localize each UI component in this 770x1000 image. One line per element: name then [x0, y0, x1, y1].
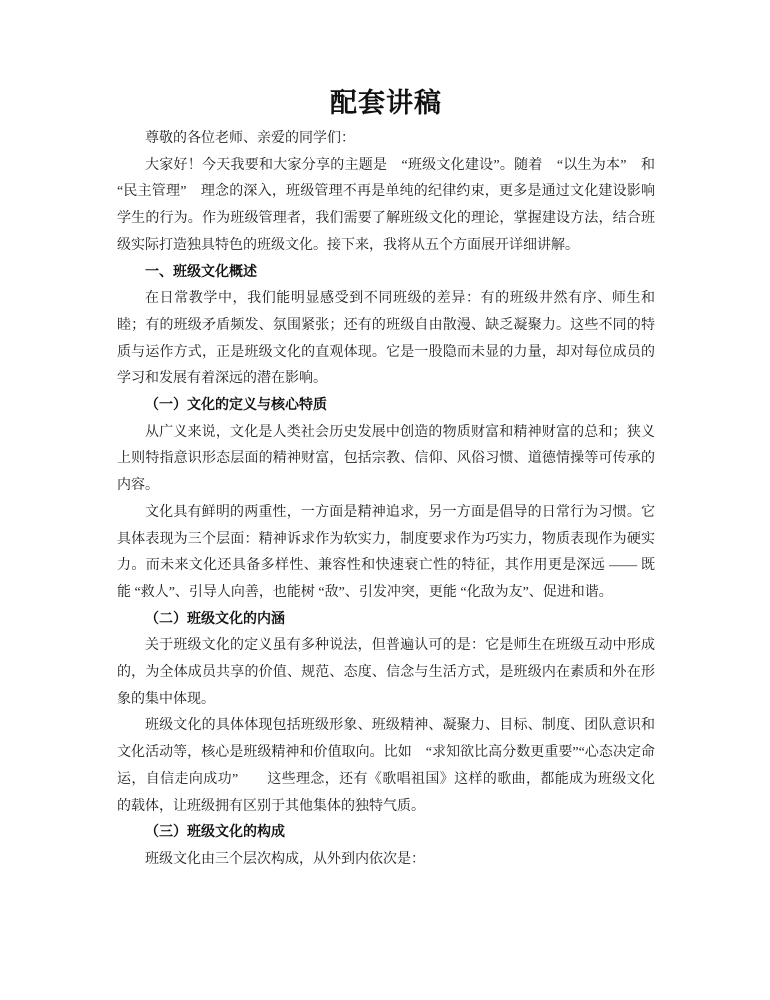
- section-heading: （二）班级文化的内涵: [117, 607, 655, 634]
- paragraph: 班级文化的具体体现包括班级形象、班级精神、凝聚力、目标、制度、团队意识和文化活动…: [117, 713, 655, 820]
- paragraph: 在日常教学中，我们能明显感受到不同班级的差异：有的班级井然有序、师生和睦；有的班…: [117, 286, 655, 393]
- document-content: 配套讲稿 尊敬的各位老师、亲爱的同学们：大家好！今天我要和大家分享的主题是 “班…: [117, 86, 655, 874]
- document-page: 配套讲稿 尊敬的各位老师、亲爱的同学们：大家好！今天我要和大家分享的主题是 “班…: [0, 0, 770, 1000]
- paragraph: 尊敬的各位老师、亲爱的同学们：: [117, 126, 655, 153]
- section-heading: 一、班级文化概述: [117, 260, 655, 287]
- paragraph: 从广义来说，文化是人类社会历史发展中创造的物质财富和精神财富的总和；狭义上则特指…: [117, 420, 655, 500]
- paragraph: 班级文化由三个层次构成，从外到内依次是：: [117, 847, 655, 874]
- paragraph: 关于班级文化的定义虽有多种说法，但普遍认可的是：它是师生在班级互动中形成的，为全…: [117, 633, 655, 713]
- document-body: 尊敬的各位老师、亲爱的同学们：大家好！今天我要和大家分享的主题是 “班级文化建设…: [117, 126, 655, 874]
- section-heading: （一）文化的定义与核心特质: [117, 393, 655, 420]
- section-heading: （三）班级文化的构成: [117, 820, 655, 847]
- document-title: 配套讲稿: [117, 86, 655, 120]
- paragraph: 文化具有鲜明的两重性，一方面是精神追求，另一方面是倡导的日常行为习惯。它具体表现…: [117, 500, 655, 607]
- paragraph: 大家好！今天我要和大家分享的主题是 “班级文化建设”。随着 “以生为本” 和“民…: [117, 153, 655, 260]
